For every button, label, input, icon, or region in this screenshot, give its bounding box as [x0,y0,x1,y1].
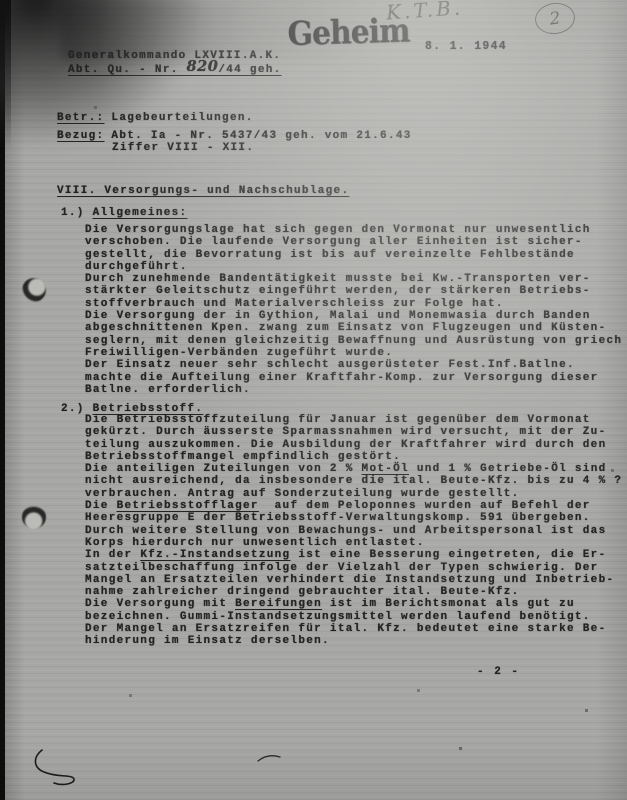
document-date: 8. 1. 1944 [425,41,507,53]
text-line: durchgeführt. [85,261,622,273]
text-line: satzteilbeschaffung infolge der Vielzahl… [85,562,622,574]
text-line: Die Versorgung mit Bereifungen ist im Be… [85,598,622,610]
text-line: stoffverbrauch und Materialverschleiss z… [85,298,622,310]
page-number: - 2 - [477,666,520,678]
stray-mark [256,752,282,764]
text-line: gekürzt. Durch äusserste Sparmassnahmen … [85,426,622,438]
letterhead-unit: Generalkommando LXVIII.A.K. [68,50,281,62]
bezug-value: Abt. Ia - Nr. 5437/43 geh. vom 21.6.43 [111,130,411,142]
bezug-row: Bezug:Abt. Ia - Nr. 5437/43 geh. vom 21.… [57,130,412,142]
text-line: stärkter Geleitschutz eingeführt werden,… [85,285,622,297]
reference-prefix: Abt. Qu. - Nr. [68,64,187,76]
text-line: Der Einsatz neuer sehr schlecht ausgerüs… [85,359,622,371]
text-line: Die Versorgung der in Gythion, Malai und… [85,310,622,322]
punch-hole [17,500,51,534]
reference-suffix: /44 geh. [218,64,281,76]
section-1-heading: 1.) Allgemeines: [61,207,187,219]
document-page: K.T.B. 2 Geheim 8. 1. 1944 Generalkomman… [0,0,627,800]
handwritten-document-number: 820 [187,58,219,75]
circled-page-number-value: 2 [548,8,561,29]
text-line: Die Versorgungslage hat sich gegen den V… [85,224,622,236]
text-line: Heeresgruppe E der Betriebsstoff-Verwalt… [85,512,622,524]
text-line: Betriebsstoffmangel empfindlich gestört. [85,451,622,463]
geheim-stamp: Geheim [287,10,410,53]
punch-hole [22,278,46,302]
chapter-heading: VIII. Versorgungs- und Nachschublage. [57,185,349,197]
text-line: verbrauchen. Antrag auf Sonderzuteilung … [85,488,622,500]
text-line: Die anteiligen Zuteilungen von 2 % Mot-Ö… [85,463,622,475]
text-line: nicht ausreichend, da insbesondere die i… [85,475,622,487]
text-line: bezeichnen. Gummi-Instandsetzungsmittel … [85,611,622,623]
text-line: gestellt, die Bevorratung ist bis auf ve… [85,249,622,261]
text-line: hinderung im Einsatz derselben. [85,635,622,647]
text-line: machte die Aufteilung einer Kraftfahr-Ko… [85,372,622,384]
text-line: Der Mangel an Ersatzreifen für ital. Kfz… [85,623,622,635]
text-line: In der Kfz.-Instandsetzung ist eine Bess… [85,549,622,561]
text-line: Die Betriebsstoffzuteilung für Januar is… [85,414,622,426]
dust-specks [0,0,1,1]
bezug-label: Bezug: [57,130,104,142]
section-1-body: Die Versorgungslage hat sich gegen den V… [85,224,622,396]
bezug-value-line2: Ziffer VIII - XII. [112,142,254,154]
text-line: Mangel an Ersatzteilen verhindert die In… [85,574,622,586]
text-line: Batlne. erforderlich. [85,384,622,396]
fiber-artifact [28,746,92,794]
letterhead-reference: Abt. Qu. - Nr. 820/44 geh. [68,62,282,76]
text-line: seglern, mit denen gleichzeitig Bewaffnu… [85,335,622,347]
text-line: nahme zahlreicher dringend gebrauchter i… [85,586,622,598]
circled-page-number: 2 [533,1,576,37]
text-line: Korps hierdurch nur unwesentlich entlast… [85,537,622,549]
text-line: Die Betriebsstofflager auf dem Peloponne… [85,500,622,512]
section-2-body: Die Betriebsstoffzuteilung für Januar is… [85,414,622,648]
text-line: verschoben. Die laufende Versorgung alle… [85,236,622,248]
text-line: teilung auszukommen. Die Ausbildung der … [85,439,622,451]
betr-label: Betr.: [57,112,104,124]
text-line: abgeschnittenen Kpen. zwang zum Einsatz … [85,322,622,334]
betr-row: Betr.:Lagebeurteilungen. [57,112,254,124]
letterhead-reference-line: Abt. Qu. - Nr. 820/44 geh. [68,64,282,76]
text-line: Freiwilligen-Verbänden zugeführt wurde. [85,347,622,359]
betr-value: Lagebeurteilungen. [111,112,253,124]
text-line: Durch zunehmende Bandentätigkeit musste … [85,273,622,285]
text-line: Durch weitere Stellung von Bewachungs- u… [85,525,622,537]
